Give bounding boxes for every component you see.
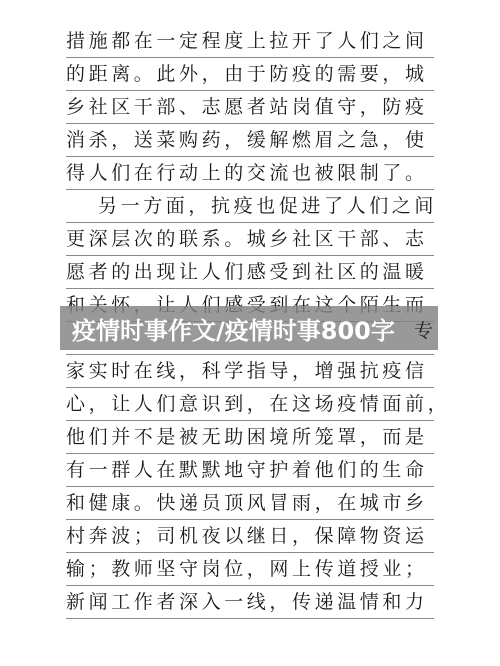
essay-line: 有一群人在默默地守护着他们的生命 [66, 456, 434, 487]
essay-line: 输；教师坚守岗位，网上传道授业； [66, 555, 434, 586]
obscured-line-tail-char: 专 [414, 316, 433, 343]
essay-line: 的距离。此外，由于防疫的需要，城 [66, 60, 434, 91]
essay-line: 和健康。快递员顶风冒雨，在城市乡 [66, 489, 434, 520]
essay-line: 新闻工作者深入一线，传递温情和力 [66, 588, 434, 619]
essay-line: 消杀，送菜购药，缓解燃眉之急，使 [66, 126, 434, 157]
essay-line: 措施都在一定程度上拉开了人们之间 [66, 27, 434, 58]
essay-line: 得人们在行动上的交流也被限制了。 [66, 159, 434, 190]
essay-line: 愿者的出现让人们感受到社区的温暖 [66, 258, 434, 289]
overlay-title: 疫情时事作文/疫情时事800字 [72, 311, 395, 346]
essay-line: 他们并不是被无助困境所笼罩，而是 [66, 423, 434, 454]
essay-line: 更深层次的联系。城乡社区干部、志 [66, 225, 434, 256]
essay-line: 心，让人们意识到，在这场疫情面前， [66, 390, 434, 421]
essay-line: 村奔波；司机夜以继日，保障物资运 [66, 522, 434, 553]
essay-line: 乡社区干部、志愿者站岗值守，防疫 [66, 93, 434, 124]
essay-line: 家实时在线，科学指导，增强抗疫信 [66, 357, 434, 388]
essay-line-paragraph-start: 另一方面，抗疫也促进了人们之间 [66, 192, 434, 223]
